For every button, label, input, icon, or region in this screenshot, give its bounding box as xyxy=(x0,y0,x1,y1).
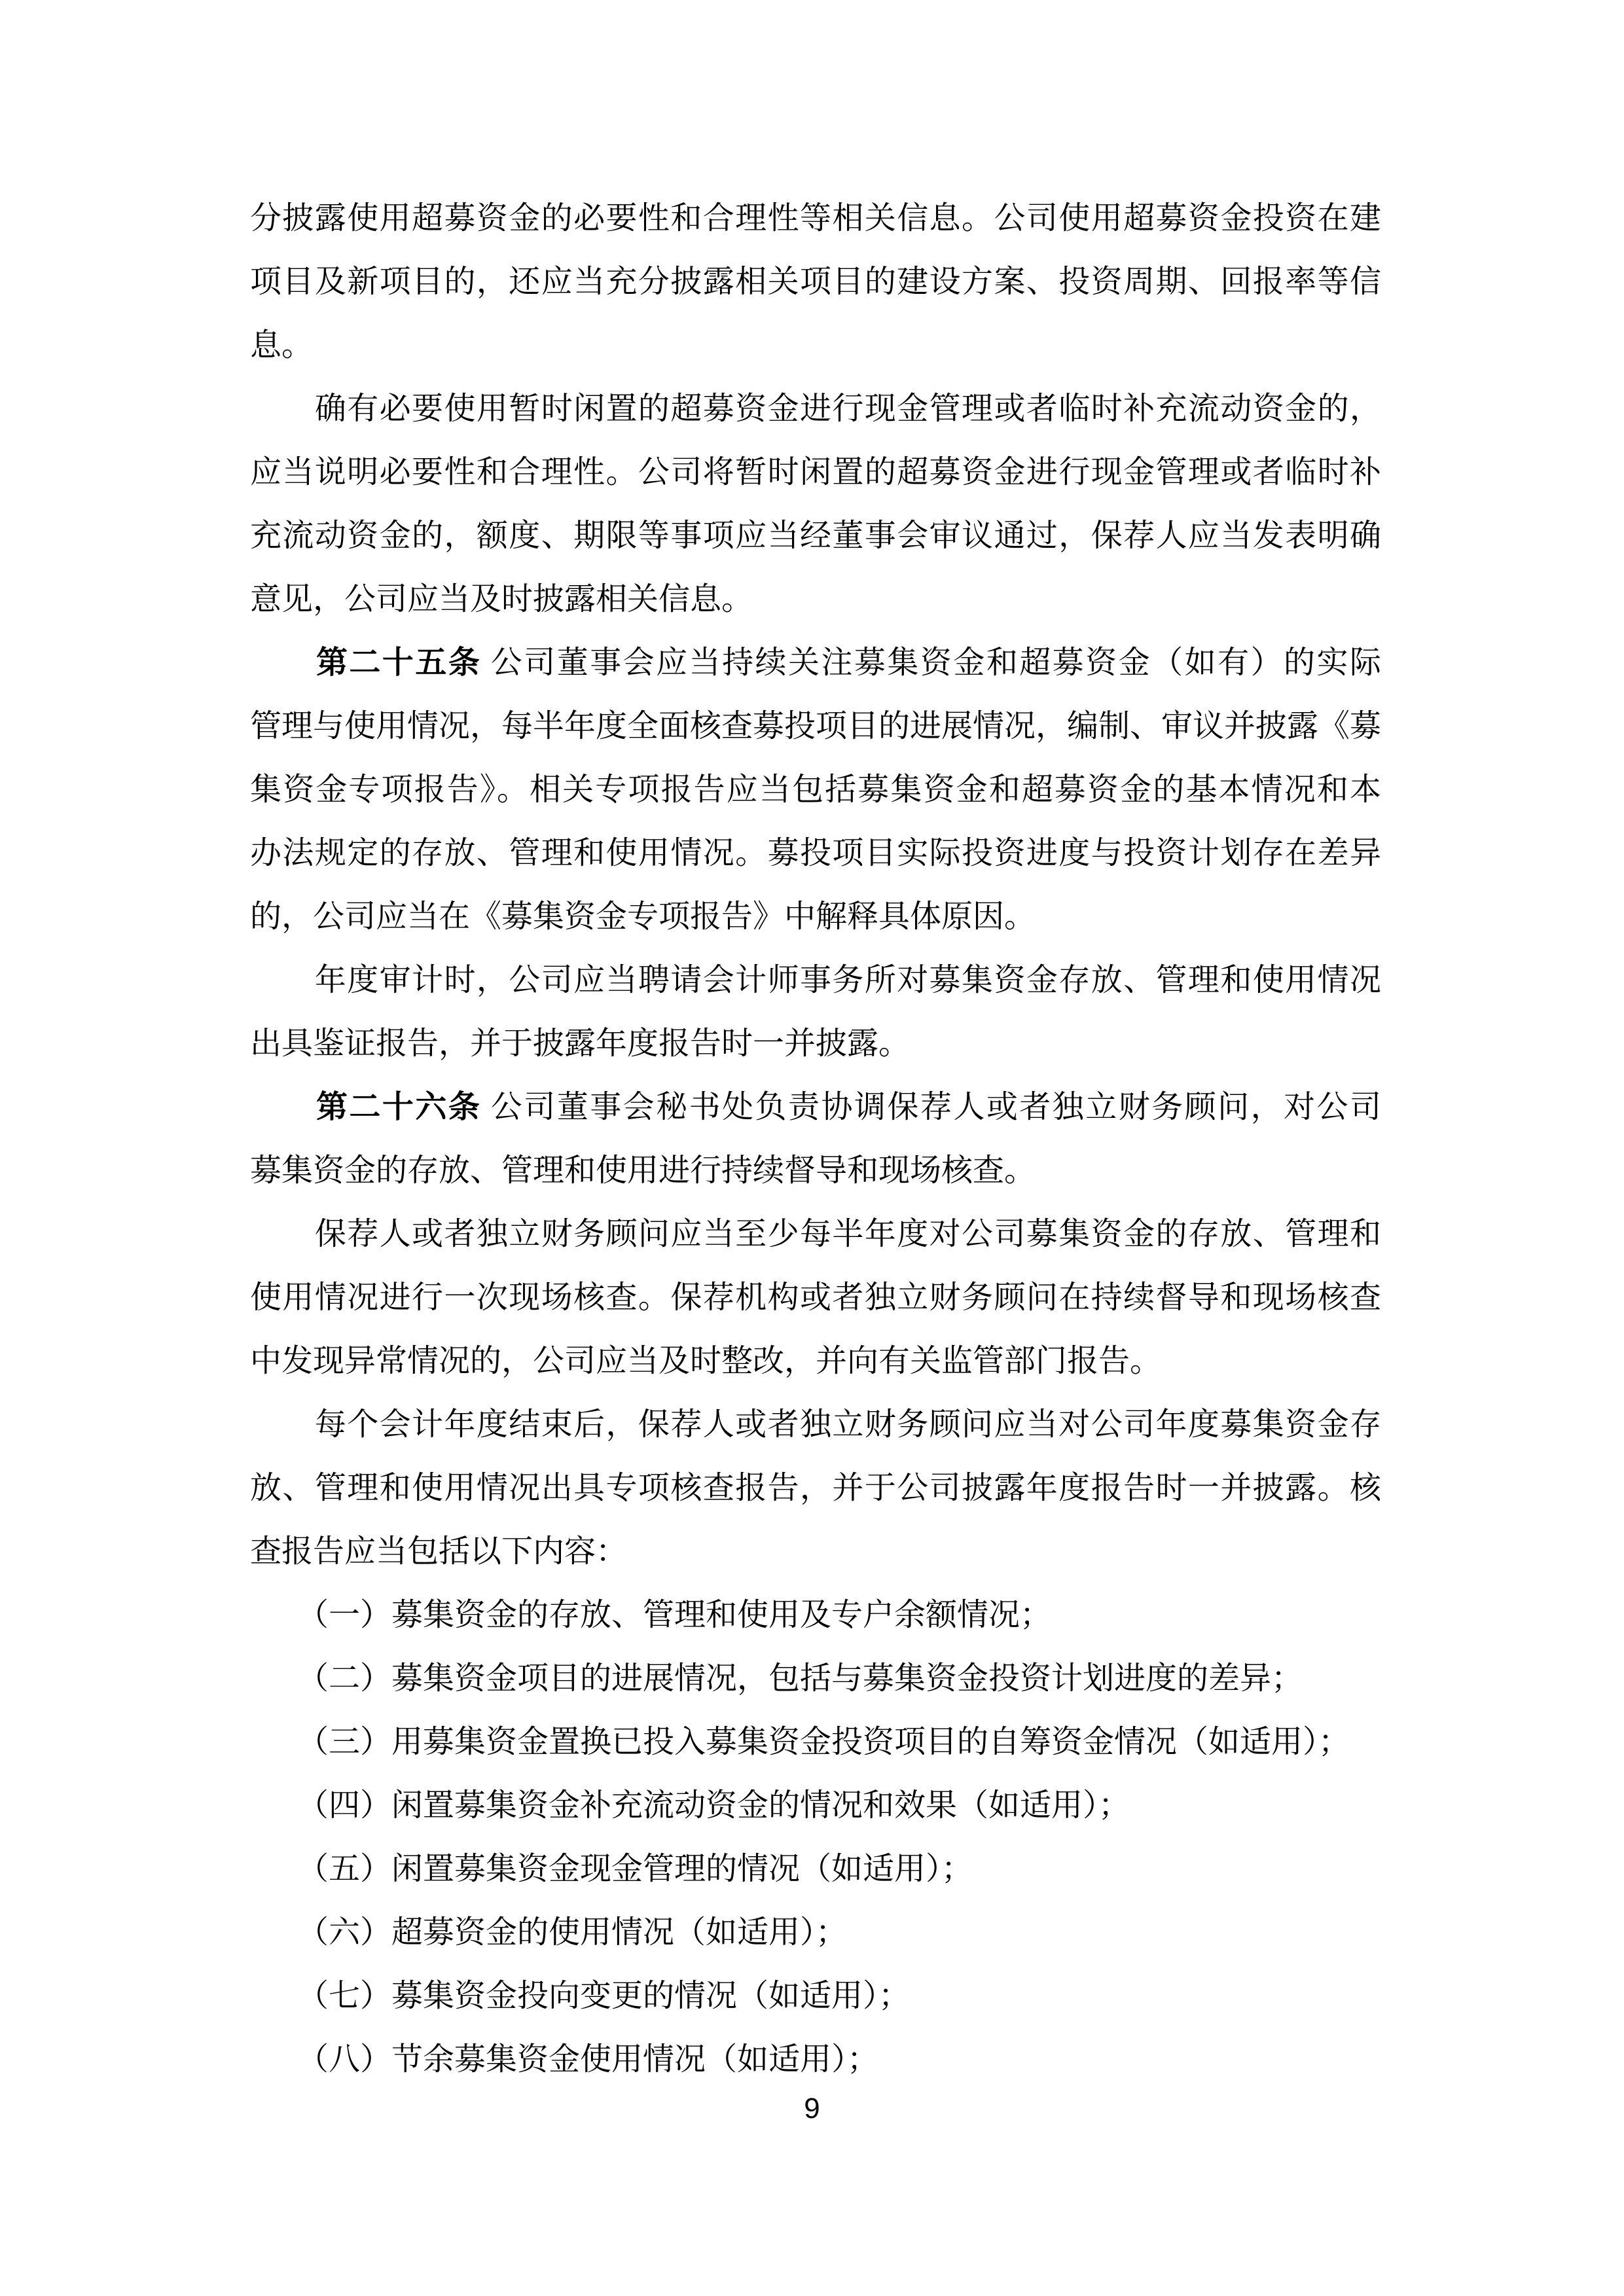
text-run: 项目及新项目的，还应当充分披露相关项目的建设方案、投资周期、回报率等信 xyxy=(250,264,1381,299)
text-line: 放、管理和使用情况出具专项核查报告，并于公司披露年度报告时一并披露。核 xyxy=(250,1456,1381,1520)
text-run: 放、管理和使用情况出具专项核查报告，并于公司披露年度报告时一并披露。核 xyxy=(250,1471,1381,1505)
text-run: 公司董事会秘书处负责协调保荐人或者独立财务顾问，对公司 xyxy=(481,1090,1381,1124)
para-idle-overraised-funds-cash-management: 确有必要使用暂时闲置的超募资金进行现金管理或者临时补充流动资金的，应当说明必要性… xyxy=(250,377,1381,631)
text-line: 中发现异常情况的，公司应当及时整改，并向有关监管部门报告。 xyxy=(250,1329,1381,1393)
text-run xyxy=(250,645,316,680)
text-line: 募集资金的存放、管理和使用进行持续督导和现场核查。 xyxy=(250,1139,1381,1202)
list-item-2: （二）募集资金项目的进展情况，包括与募集资金投资计划进度的差异； xyxy=(250,1647,1381,1710)
text-run: （八）节余募集资金使用情况（如适用）； xyxy=(250,2042,878,2077)
text-line: （一）募集资金的存放、管理和使用及专户余额情况； xyxy=(250,1583,1381,1647)
text-run: 查报告应当包括以下内容： xyxy=(250,1534,627,1569)
text-line: 分披露使用超募资金的必要性和合理性等相关信息。公司使用超募资金投资在建 xyxy=(250,187,1381,250)
text-run: 确有必要使用暂时闲置的超募资金进行现金管理或者临时补充流动资金的， xyxy=(250,391,1381,426)
text-run: 集资金专项报告》。相关专项报告应当包括募集资金和超募资金的基本情况和本 xyxy=(250,772,1381,807)
text-line: 项目及新项目的，还应当充分披露相关项目的建设方案、投资周期、回报率等信 xyxy=(250,250,1381,314)
para-sponsor-onsite-inspection: 保荐人或者独立财务顾问应当至少每半年度对公司募集资金的存放、管理和使用情况进行一… xyxy=(250,1202,1381,1393)
text-line: 意见，公司应当及时披露相关信息。 xyxy=(250,567,1381,631)
document-page: 分披露使用超募资金的必要性和合理性等相关信息。公司使用超募资金投资在建项目及新项… xyxy=(0,0,1624,2296)
list-item-6: （六）超募资金的使用情况（如适用）； xyxy=(250,1901,1381,1964)
text-run: 应当说明必要性和合理性。公司将暂时闲置的超募资金进行现金管理或者临时补 xyxy=(250,455,1381,490)
text-line: 每个会计年度结束后，保荐人或者独立财务顾问应当对公司年度募集资金存 xyxy=(250,1393,1381,1456)
text-run: 息。 xyxy=(250,328,313,363)
text-run: 的，公司应当在《募集资金专项报告》中解释具体原因。 xyxy=(250,899,1036,934)
text-line: 管理与使用情况，每半年度全面核查募投项目的进展情况，编制、审议并披露《募 xyxy=(250,694,1381,758)
text-run: （五）闲置募集资金现金管理的情况（如适用）； xyxy=(250,1852,973,1886)
list-item-4: （四）闲置募集资金补充流动资金的情况和效果（如适用）； xyxy=(250,1774,1381,1837)
list-item-7: （七）募集资金投向变更的情况（如适用）； xyxy=(250,1964,1381,2028)
text-line: 办法规定的存放、管理和使用情况。募投项目实际投资进度与投资计划存在差异 xyxy=(250,821,1381,885)
text-run: 中发现异常情况的，公司应当及时整改，并向有关监管部门报告。 xyxy=(250,1344,1161,1378)
list-item-3: （三）用募集资金置换已投入募集资金投资项目的自筹资金情况（如适用）； xyxy=(250,1710,1381,1774)
para-annual-special-inspection-report: 每个会计年度结束后，保荐人或者独立财务顾问应当对公司年度募集资金存放、管理和使用… xyxy=(250,1393,1381,1583)
document-body: 分披露使用超募资金的必要性和合理性等相关信息。公司使用超募资金投资在建项目及新项… xyxy=(250,187,1381,2091)
text-line: 集资金专项报告》。相关专项报告应当包括募集资金和超募资金的基本情况和本 xyxy=(250,758,1381,821)
list-item-8: （八）节余募集资金使用情况（如适用）； xyxy=(250,2028,1381,2091)
text-run: 每个会计年度结束后，保荐人或者独立财务顾问应当对公司年度募集资金存 xyxy=(250,1407,1381,1442)
para-overraised-funds-disclosure-continuation: 分披露使用超募资金的必要性和合理性等相关信息。公司使用超募资金投资在建项目及新项… xyxy=(250,187,1381,377)
text-run: （三）用募集资金置换已投入募集资金投资项目的自筹资金情况（如适用）； xyxy=(250,1725,1350,1759)
text-run: 分披露使用超募资金的必要性和合理性等相关信息。公司使用超募资金投资在建 xyxy=(250,201,1381,236)
text-line: 确有必要使用暂时闲置的超募资金进行现金管理或者临时补充流动资金的， xyxy=(250,377,1381,440)
text-run: 意见，公司应当及时披露相关信息。 xyxy=(250,582,753,617)
text-line: （三）用募集资金置换已投入募集资金投资项目的自筹资金情况（如适用）； xyxy=(250,1710,1381,1774)
text-run: （一）募集资金的存放、管理和使用及专户余额情况； xyxy=(250,1598,1051,1632)
page-number: 9 xyxy=(0,2093,1624,2125)
text-run xyxy=(250,1090,316,1124)
text-run: （六）超募资金的使用情况（如适用）； xyxy=(250,1915,847,1950)
text-run: 公司董事会应当持续关注募集资金和超募资金（如有）的实际 xyxy=(481,645,1381,680)
text-run: 办法规定的存放、管理和使用情况。募投项目实际投资进度与投资计划存在差异 xyxy=(250,836,1381,870)
article-number-text: 第二十五条 xyxy=(316,645,481,680)
para-article-26: 第二十六条 公司董事会秘书处负责协调保荐人或者独立财务顾问，对公司募集资金的存放… xyxy=(250,1075,1381,1202)
text-line: 第二十六条 公司董事会秘书处负责协调保荐人或者独立财务顾问，对公司 xyxy=(250,1075,1381,1139)
text-run: 保荐人或者独立财务顾问应当至少每半年度对公司募集资金的存放、管理和 xyxy=(250,1217,1381,1251)
para-article-25: 第二十五条 公司董事会应当持续关注募集资金和超募资金（如有）的实际管理与使用情况… xyxy=(250,631,1381,948)
text-line: （八）节余募集资金使用情况（如适用）； xyxy=(250,2028,1381,2091)
text-line: 出具鉴证报告，并于披露年度报告时一并披露。 xyxy=(250,1012,1381,1075)
text-line: 使用情况进行一次现场核查。保荐机构或者独立财务顾问在持续督导和现场核查 xyxy=(250,1266,1381,1329)
text-line: 年度审计时，公司应当聘请会计师事务所对募集资金存放、管理和使用情况 xyxy=(250,948,1381,1012)
article-number-text: 第二十六条 xyxy=(316,1090,481,1124)
text-line: 的，公司应当在《募集资金专项报告》中解释具体原因。 xyxy=(250,885,1381,948)
text-run: 使用情况进行一次现场核查。保荐机构或者独立财务顾问在持续督导和现场核查 xyxy=(250,1280,1381,1315)
text-run: 募集资金的存放、管理和使用进行持续督导和现场核查。 xyxy=(250,1153,1036,1188)
text-line: （四）闲置募集资金补充流动资金的情况和效果（如适用）； xyxy=(250,1774,1381,1837)
text-line: （五）闲置募集资金现金管理的情况（如适用）； xyxy=(250,1837,1381,1901)
text-line: 息。 xyxy=(250,314,1381,377)
text-run: 年度审计时，公司应当聘请会计师事务所对募集资金存放、管理和使用情况 xyxy=(250,963,1381,997)
text-line: （七）募集资金投向变更的情况（如适用）； xyxy=(250,1964,1381,2028)
text-run: 充流动资金的，额度、期限等事项应当经董事会审议通过，保荐人应当发表明确 xyxy=(250,518,1381,553)
text-run: 管理与使用情况，每半年度全面核查募投项目的进展情况，编制、审议并披露《募 xyxy=(250,709,1381,744)
text-line: 充流动资金的，额度、期限等事项应当经董事会审议通过，保荐人应当发表明确 xyxy=(250,504,1381,567)
list-item-5: （五）闲置募集资金现金管理的情况（如适用）； xyxy=(250,1837,1381,1901)
list-item-1: （一）募集资金的存放、管理和使用及专户余额情况； xyxy=(250,1583,1381,1647)
text-run: （二）募集资金项目的进展情况，包括与募集资金投资计划进度的差异； xyxy=(250,1661,1303,1696)
text-line: （二）募集资金项目的进展情况，包括与募集资金投资计划进度的差异； xyxy=(250,1647,1381,1710)
para-annual-audit-assurance-report: 年度审计时，公司应当聘请会计师事务所对募集资金存放、管理和使用情况出具鉴证报告，… xyxy=(250,948,1381,1075)
text-line: 应当说明必要性和合理性。公司将暂时闲置的超募资金进行现金管理或者临时补 xyxy=(250,440,1381,504)
text-run: （四）闲置募集资金补充流动资金的情况和效果（如适用）； xyxy=(250,1788,1130,1823)
text-line: 第二十五条 公司董事会应当持续关注募集资金和超募资金（如有）的实际 xyxy=(250,631,1381,694)
text-run: （七）募集资金投向变更的情况（如适用）； xyxy=(250,1979,910,2013)
text-run: 出具鉴证报告，并于披露年度报告时一并披露。 xyxy=(250,1026,910,1061)
text-line: 保荐人或者独立财务顾问应当至少每半年度对公司募集资金的存放、管理和 xyxy=(250,1202,1381,1266)
text-line: 查报告应当包括以下内容： xyxy=(250,1520,1381,1583)
text-line: （六）超募资金的使用情况（如适用）； xyxy=(250,1901,1381,1964)
